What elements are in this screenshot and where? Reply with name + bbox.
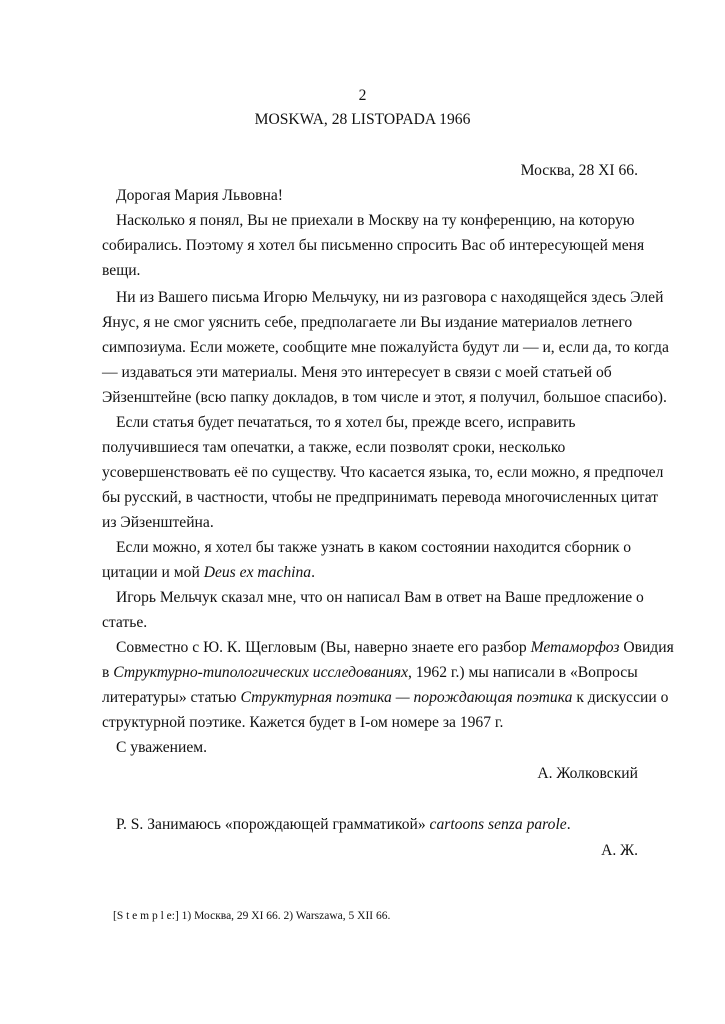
stamps-note: [S t e m p l e:] 1) Москва, 29 XI 66. 2)… — [113, 906, 390, 926]
paragraph-2-line-1: Ни из Вашего письма Игорю Мельчуку, ни и… — [116, 288, 663, 308]
text-run: Совместно с Ю. К. Щегловым (Вы, наверно … — [116, 639, 531, 656]
italic-title: Deus ex machina — [204, 564, 311, 581]
paragraph-2-line-2: Янус, я не смог уяснить себе, предполага… — [102, 313, 632, 333]
letter-heading: MOSKWA, 28 LISTOPADA 1966 — [0, 110, 725, 130]
paragraph-3-line-3: усовершенствовать её по существу. Что ка… — [102, 463, 663, 483]
italic-title: Структурная поэтика — порождающая поэтик… — [240, 689, 572, 706]
paragraph-3-line-2: получившиеся там опечатки, а также, если… — [102, 438, 565, 458]
page-number: 2 — [0, 86, 725, 106]
paragraph-3-line-1: Если статья будет печататься, то я хотел… — [116, 413, 575, 433]
paragraph-2-line-3: симпозиума. Если можете, сообщите мне по… — [102, 338, 669, 358]
text-run: в — [102, 664, 113, 681]
paragraph-1-line-3: вещи. — [102, 261, 140, 281]
signature: А. Жолковский — [537, 764, 638, 784]
paragraph-5-line-2: статье. — [102, 613, 147, 633]
paragraph-2-line-4: — издаваться эти материалы. Меня это инт… — [102, 363, 612, 383]
text-run: . — [311, 564, 315, 581]
paragraph-4-line-2: цитации и мой Deus ex machina. — [102, 563, 315, 583]
paragraph-6-line-1: Совместно с Ю. К. Щегловым (Вы, наверно … — [116, 638, 674, 658]
italic-phrase: cartoons senza parole — [430, 816, 567, 833]
closing: С уважением. — [116, 738, 207, 758]
postscript-signature: А. Ж. — [601, 841, 638, 861]
dateline: Москва, 28 XI 66. — [521, 161, 638, 181]
text-run: . — [567, 816, 571, 833]
text-run: к дискуссии о — [572, 689, 668, 706]
paragraph-3-line-5: из Эйзенштейна. — [102, 513, 214, 533]
paragraph-6-line-4: структурной поэтике. Кажется будет в I-о… — [102, 713, 503, 733]
document-page: 2 MOSKWA, 28 LISTOPADA 1966 Москва, 28 X… — [0, 0, 725, 1024]
postscript: P. S. Занимаюсь «порождающей грамматикой… — [116, 815, 571, 835]
paragraph-3-line-4: бы русский, в частности, чтобы не предпр… — [102, 488, 658, 508]
salutation: Дорогая Мария Львовна! — [116, 186, 283, 206]
text-run: , 1962 г.) мы написали в «Вопросы — [408, 664, 638, 681]
italic-title: Структурно-типологических исследованиях — [113, 664, 408, 681]
paragraph-6-line-3: литературы» статью Структурная поэтика —… — [102, 688, 668, 708]
paragraph-5-line-1: Игорь Мельчук сказал мне, что он написал… — [116, 588, 644, 608]
paragraph-1-line-1: Насколько я понял, Вы не приехали в Моск… — [116, 211, 635, 231]
text-run: литературы» статью — [102, 689, 240, 706]
text-run: Овидия — [619, 639, 673, 656]
paragraph-4-line-1: Если можно, я хотел бы также узнать в ка… — [116, 538, 631, 558]
text-run: P. S. Занимаюсь «порождающей грамматикой… — [116, 816, 430, 833]
text-run: цитации и мой — [102, 564, 204, 581]
paragraph-2-line-5: Эйзенштейне (всю папку докладов, в том ч… — [102, 388, 667, 408]
paragraph-6-line-2: в Структурно-типологических исследования… — [102, 663, 638, 683]
italic-title: Метаморфоз — [531, 639, 620, 656]
paragraph-1-line-2: собирались. Поэтому я хотел бы письменно… — [102, 236, 644, 256]
